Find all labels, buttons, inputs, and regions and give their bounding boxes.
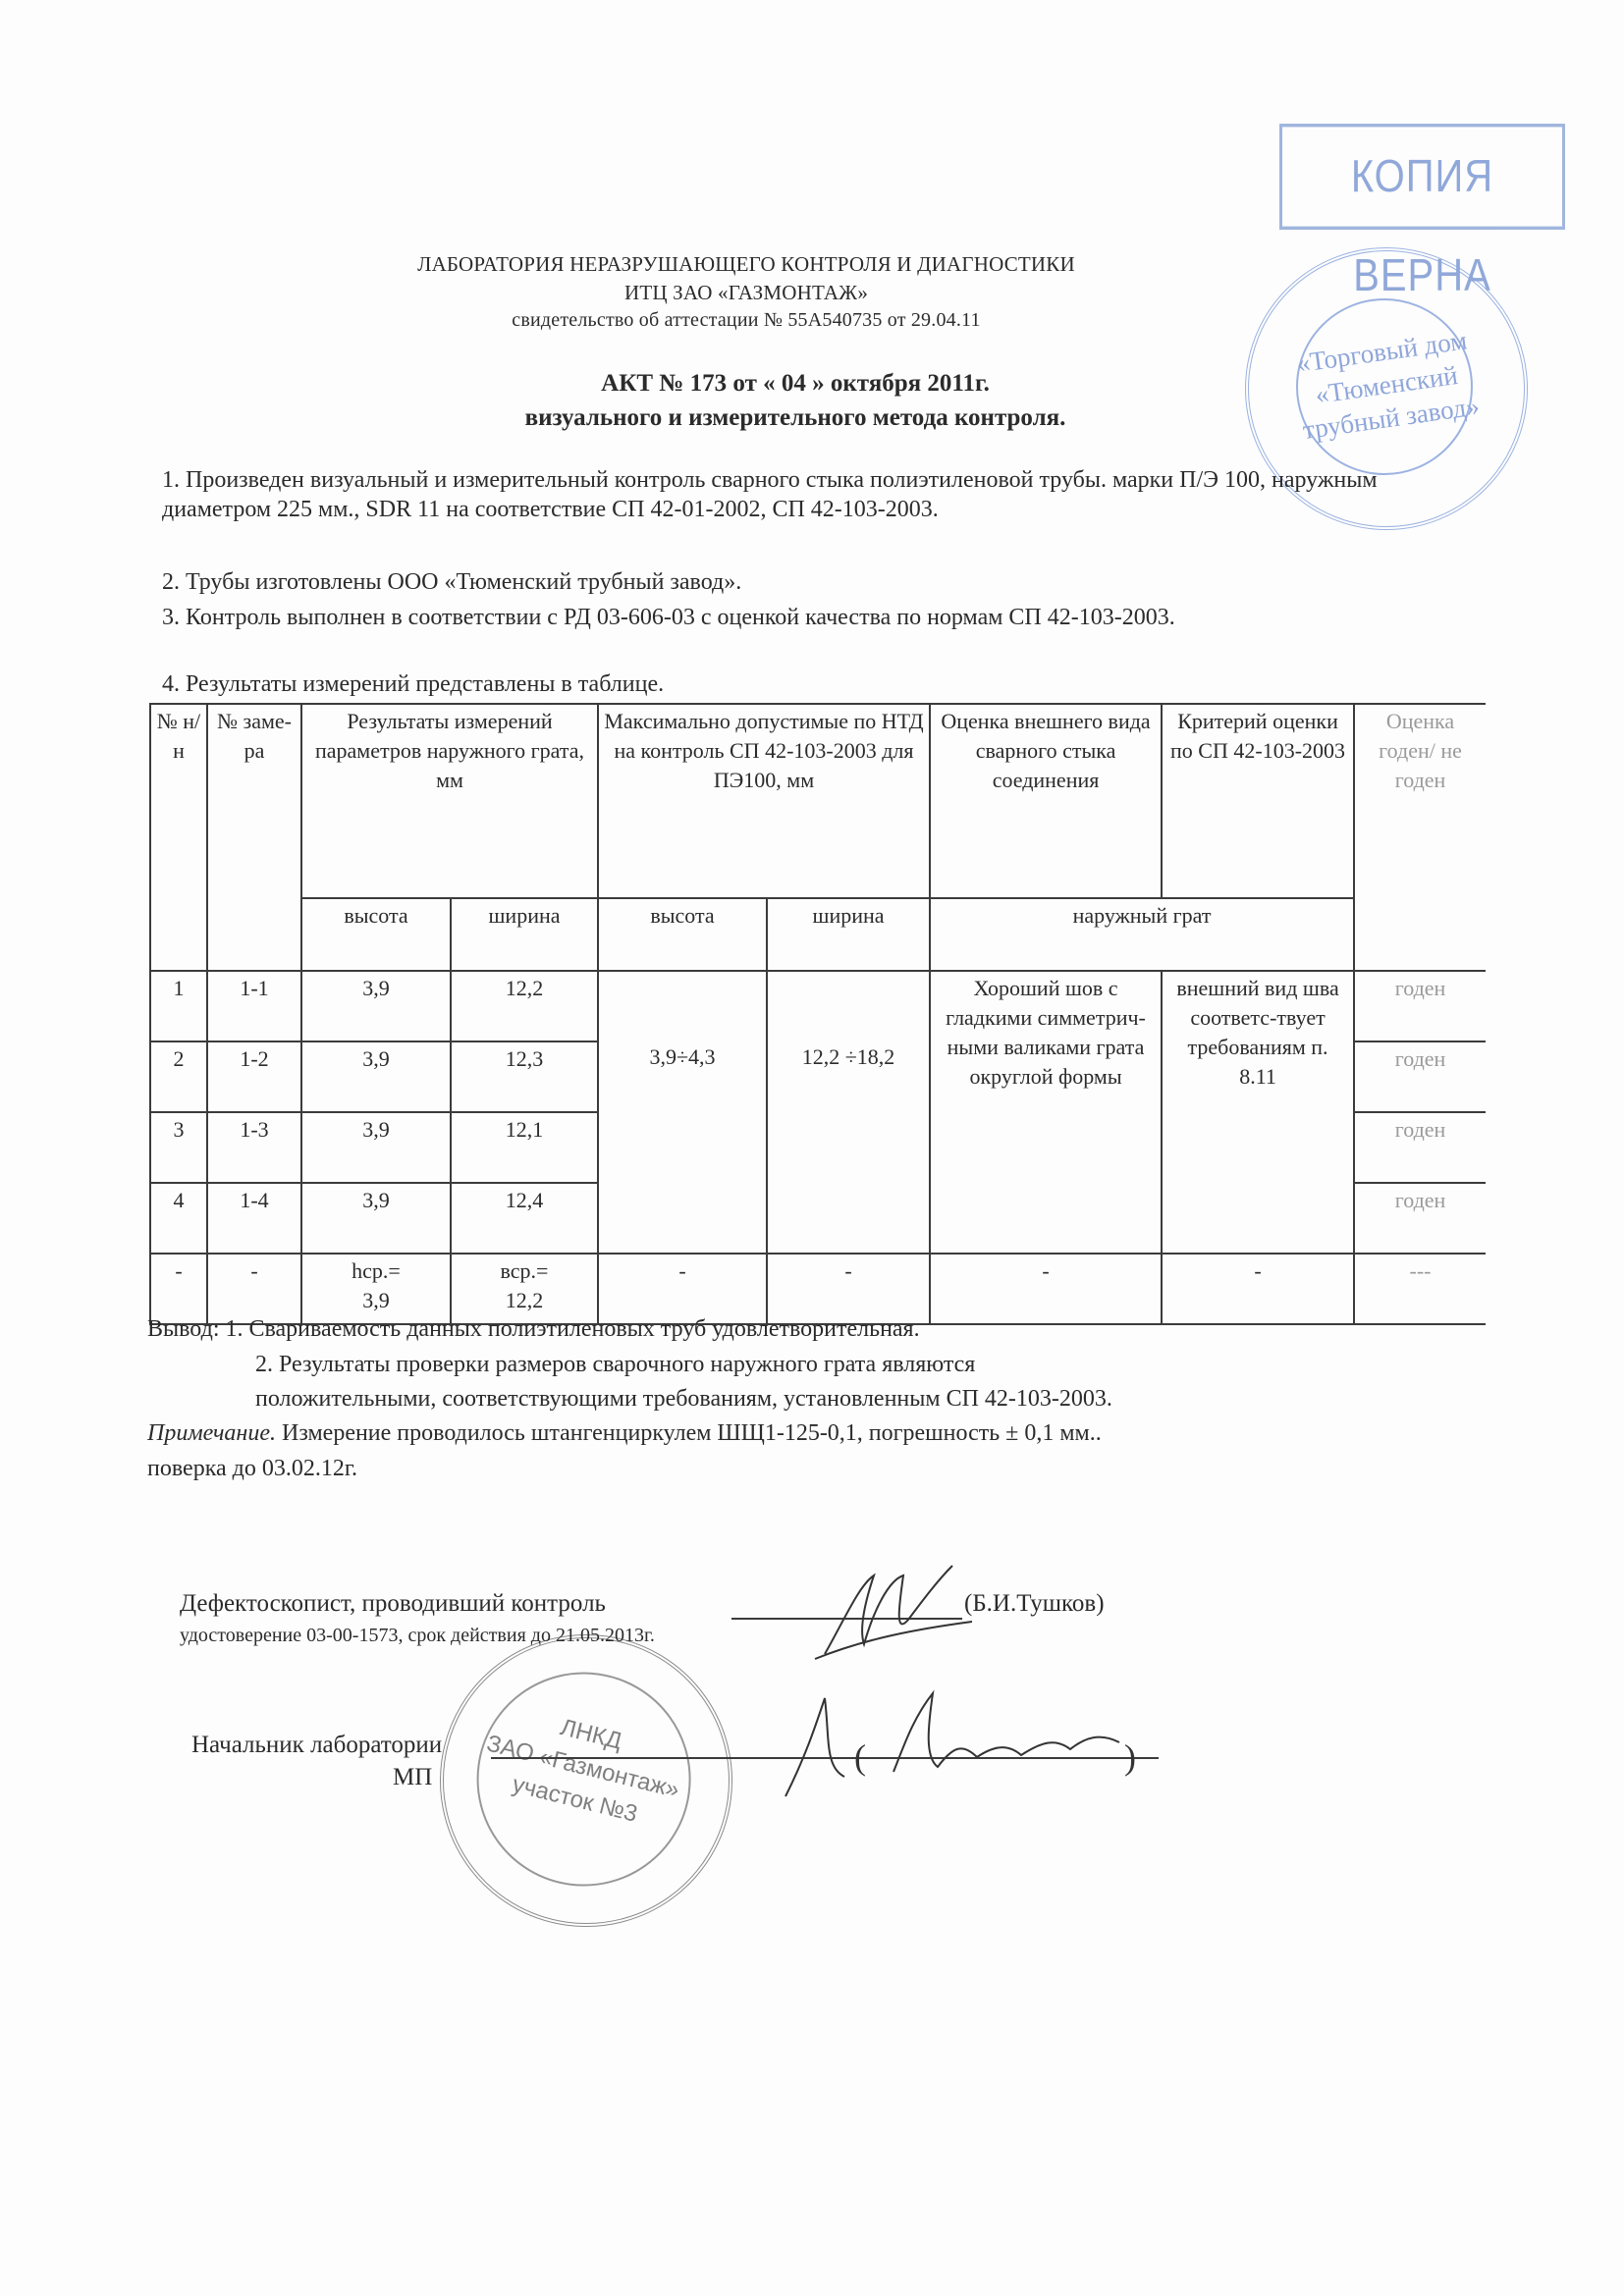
cell-appearance: Хороший шов с гладкими симметрич-ными ва… bbox=[930, 971, 1162, 1254]
header-verdict: Оценка годен/ не годен bbox=[1354, 704, 1486, 971]
cell-width: 12,3 bbox=[451, 1041, 598, 1112]
cell-width: 12,4 bbox=[451, 1183, 598, 1254]
header-row: № н/н № заме-ра Результаты измерений пар… bbox=[150, 704, 1486, 898]
cell-width: 12,2 bbox=[451, 971, 598, 1041]
header-allowed: Максимально допустимые по НТД на контрол… bbox=[598, 704, 930, 898]
header-criterion: Критерий оценки по СП 42-103-2003 bbox=[1162, 704, 1354, 898]
cell-num: 3 bbox=[150, 1112, 207, 1183]
inspector-label: Дефектоскопист, проводивший контроль bbox=[180, 1590, 606, 1618]
cell-dash: - bbox=[1162, 1254, 1354, 1324]
conclusion-label: Вывод: bbox=[147, 1316, 220, 1342]
inspector-certificate: удостоверение 03-00-1573, срок действия … bbox=[180, 1625, 655, 1647]
subheader-width: ширина bbox=[451, 898, 598, 971]
note: Примечание. Измерение проводилось штанге… bbox=[147, 1418, 1102, 1448]
cell-width: 12,1 bbox=[451, 1112, 598, 1183]
lab-round-stamp: ЛНКД ЗАО «Газмонтаж» участок №3 bbox=[408, 1603, 763, 1957]
conclusion-item-1: Вывод: 1. Свариваемость данных полиэтиле… bbox=[147, 1314, 920, 1344]
head-label: Начальник лаборатории bbox=[191, 1732, 442, 1759]
conclusion-text-1: 1. Свариваемость данных полиэтиленовых т… bbox=[226, 1316, 920, 1342]
avg-width-label: вср.= bbox=[456, 1256, 593, 1286]
conclusion-item-2-cont: положительными, соответствующими требова… bbox=[255, 1384, 1112, 1414]
results-table: № н/н № заме-ра Результаты измерений пар… bbox=[149, 703, 1486, 1325]
company-name: ИТЦ ЗАО «ГАЗМОНТАЖ» bbox=[0, 281, 1492, 305]
note-cont: поверка до 03.02.12г. bbox=[147, 1454, 357, 1483]
copy-certified-stamp: КОПИЯ ВЕРНА bbox=[1279, 124, 1565, 230]
cell-height: 3,9 bbox=[301, 1041, 451, 1112]
cell-dash: --- bbox=[1354, 1254, 1486, 1324]
cell-measure: 1-1 bbox=[207, 971, 301, 1041]
subheader-height: высота bbox=[301, 898, 451, 971]
paragraph-4: 4. Результаты измерений представлены в т… bbox=[162, 669, 1438, 699]
paragraph-1: 1. Произведен визуальный и измерительный… bbox=[162, 465, 1438, 524]
subheader-outer-flash: наружный грат bbox=[930, 898, 1354, 971]
subheader-height-allowed: высота bbox=[598, 898, 767, 971]
avg-width-value: 12,2 bbox=[456, 1286, 593, 1315]
svg-text:): ) bbox=[1124, 1737, 1136, 1777]
table-row: 1 1-1 3,9 12,2 3,9÷4,3 12,2 ÷18,2 Хороши… bbox=[150, 971, 1486, 1041]
cell-allowed-width: 12,2 ÷18,2 bbox=[767, 971, 930, 1254]
cell-num: 1 bbox=[150, 971, 207, 1041]
header-measure: № заме-ра bbox=[207, 704, 301, 971]
cell-allowed-height: 3,9÷4,3 bbox=[598, 971, 767, 1254]
note-text: Измерение проводилось штангенциркулем ШЩ… bbox=[276, 1420, 1102, 1446]
lab-name: ЛАБОРАТОРИЯ НЕРАЗРУШАЮЩЕГО КОНТРОЛЯ И ДИ… bbox=[0, 252, 1492, 277]
cell-num: 2 bbox=[150, 1041, 207, 1112]
cell-verdict: годен bbox=[1354, 1041, 1486, 1112]
paragraph-3: 3. Контроль выполнен в соответствии с РД… bbox=[162, 603, 1438, 632]
cell-verdict: годен bbox=[1354, 971, 1486, 1041]
paragraph-2: 2. Трубы изготовлены ООО «Тюменский труб… bbox=[162, 567, 1438, 597]
subheader-width-allowed: ширина bbox=[767, 898, 930, 971]
note-label: Примечание. bbox=[147, 1420, 276, 1446]
head-signature-icon: ( ) bbox=[746, 1688, 1159, 1816]
cell-verdict: годен bbox=[1354, 1183, 1486, 1254]
header-appearance: Оценка внешнего вида сварного стыка соед… bbox=[930, 704, 1162, 898]
cell-criterion: внешний вид шва соответс-твует требовани… bbox=[1162, 971, 1354, 1254]
seal-place-label: МП bbox=[393, 1764, 432, 1791]
avg-height-value: 3,9 bbox=[306, 1286, 446, 1315]
cell-height: 3,9 bbox=[301, 1112, 451, 1183]
conclusion-item-2: 2. Результаты проверки размеров сварочно… bbox=[255, 1350, 975, 1379]
cell-dash: - bbox=[930, 1254, 1162, 1324]
cell-measure: 1-3 bbox=[207, 1112, 301, 1183]
subheader-row: высота ширина высота ширина наружный гра… bbox=[150, 898, 1486, 971]
inspector-signature-icon bbox=[805, 1561, 982, 1669]
inspector-name: (Б.И.Тушков) bbox=[964, 1590, 1105, 1618]
cell-measure: 1-2 bbox=[207, 1041, 301, 1112]
header-num: № н/н bbox=[150, 704, 207, 971]
cell-height: 3,9 bbox=[301, 971, 451, 1041]
avg-height-label: hср.= bbox=[306, 1256, 446, 1286]
cell-verdict: годен bbox=[1354, 1112, 1486, 1183]
svg-text:(: ( bbox=[854, 1737, 866, 1777]
cell-measure: 1-4 bbox=[207, 1183, 301, 1254]
cell-num: 4 bbox=[150, 1183, 207, 1254]
cell-height: 3,9 bbox=[301, 1183, 451, 1254]
header-results: Результаты измерений параметров наружног… bbox=[301, 704, 598, 898]
